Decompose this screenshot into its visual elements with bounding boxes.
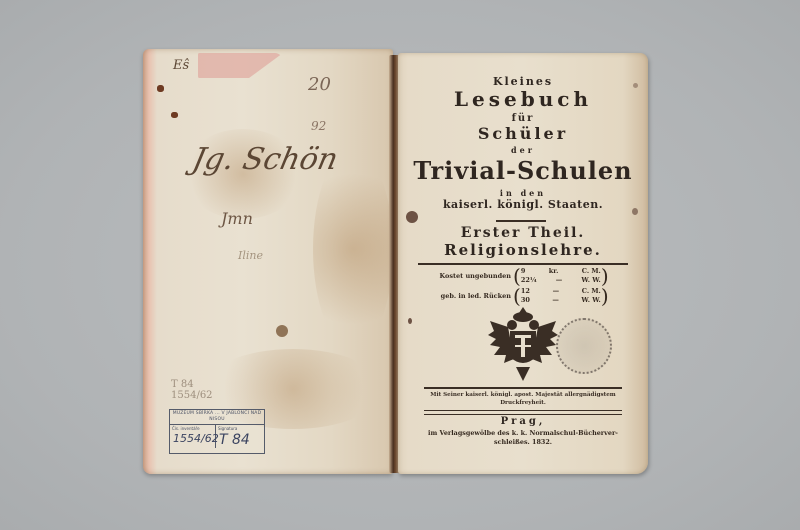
pencil-inventory-number: 1554/62	[171, 390, 213, 401]
title-der: der	[398, 145, 648, 155]
foxing-spot	[406, 211, 418, 223]
stamp-institution: MUZEUM SBÍRKA ... V JABLONCI NAD NISOU	[170, 410, 264, 425]
imprint-line-2: schleißes. 1832.	[412, 438, 634, 447]
title-fuer: für	[398, 113, 648, 124]
price-amount: 9	[521, 267, 526, 276]
library-stamp: MUZEUM SBÍRKA ... V JABLONCI NAD NISOU Č…	[169, 409, 265, 454]
subject-label: Religionslehre.	[398, 241, 648, 259]
ink-spot	[171, 112, 178, 118]
price-amount: 30	[521, 296, 530, 305]
title-staaten: kaiserl. königl. Staaten.	[398, 198, 648, 211]
stamp-signature-value: T 84	[216, 432, 264, 448]
stain	[313, 149, 393, 349]
price-currency: W. W.	[581, 296, 600, 305]
brace-right: )	[601, 267, 609, 285]
brace-right: )	[601, 287, 609, 305]
handwritten-line: Jmn	[221, 209, 253, 228]
double-headed-eagle-icon	[488, 305, 558, 383]
divider-rule	[424, 387, 622, 389]
part-label: Erster Theil.	[398, 225, 648, 241]
price-unit: —	[552, 296, 559, 305]
ink-spot	[276, 325, 288, 337]
inside-cover-page: Eŝ 20 92 Jg. Schön Jmn Iline T 84 1554/6…	[143, 49, 393, 474]
title-in-den: in den	[398, 188, 648, 198]
title-schueler: Schüler	[398, 124, 648, 143]
price-unit: —	[553, 287, 560, 296]
price-unit: kr.	[549, 267, 559, 276]
price-label-unbound: Kostet ungebunden	[426, 272, 513, 280]
title-trivial-schulen: Trivial-Schulen	[398, 156, 648, 185]
stamp-inventory-label: Čís. inventáře	[170, 425, 215, 432]
price-row-bound: geb. in led. Rücken ( 12—C. M. 30—W. W. …	[426, 286, 626, 306]
divider-rule	[496, 220, 546, 222]
price-amount: 12	[521, 287, 530, 296]
title-page: Kleines Lesebuch für Schüler der Trivial…	[398, 53, 648, 474]
price-label-bound: geb. in led. Rücken	[426, 292, 513, 300]
handwritten-signature: Jg. Schön	[189, 142, 341, 177]
ink-spot	[157, 85, 164, 92]
double-divider-rule	[424, 410, 622, 415]
price-amount: 22¼	[521, 276, 537, 285]
price-block: Kostet ungebunden ( 9kr.C. M. 22¼—W. W. …	[426, 266, 626, 306]
pencil-shelf-mark: T 84	[171, 379, 213, 390]
stamp-inventory-number: 1554/62	[170, 432, 215, 445]
brace-left: (	[513, 287, 521, 305]
torn-paper-area	[198, 53, 283, 78]
price-unit: —	[556, 276, 563, 285]
pencil-notation: T 84 1554/62	[171, 379, 213, 401]
brace-left: (	[513, 267, 521, 285]
imprint-line-1: im Verlagsgewölbe des k. k. Normalschul-…	[412, 429, 634, 438]
handwritten-number: 20	[308, 74, 331, 95]
divider-rule	[418, 263, 628, 265]
privilege-note: Mit Seiner kaiserl. königl. apost. Majes…	[420, 391, 626, 407]
foxing-spot	[408, 318, 412, 324]
price-currency: C. M.	[582, 267, 601, 276]
stamp-signature-label: Signatura	[216, 425, 264, 432]
price-currency: W. W.	[581, 276, 600, 285]
price-currency: C. M.	[582, 287, 601, 296]
title-lesebuch: Lesebuch	[398, 87, 648, 111]
ink-seal-stamp	[556, 318, 612, 374]
handwritten-faint-line: Iline	[238, 249, 263, 262]
imprint-city: Prag,	[398, 416, 648, 427]
handwritten-number-small: 92	[311, 119, 326, 133]
handwritten-mark: Eŝ	[173, 58, 189, 73]
price-row-unbound: Kostet ungebunden ( 9kr.C. M. 22¼—W. W. …	[426, 266, 626, 286]
imprint-text: im Verlagsgewölbe des k. k. Normalschul-…	[412, 429, 634, 447]
